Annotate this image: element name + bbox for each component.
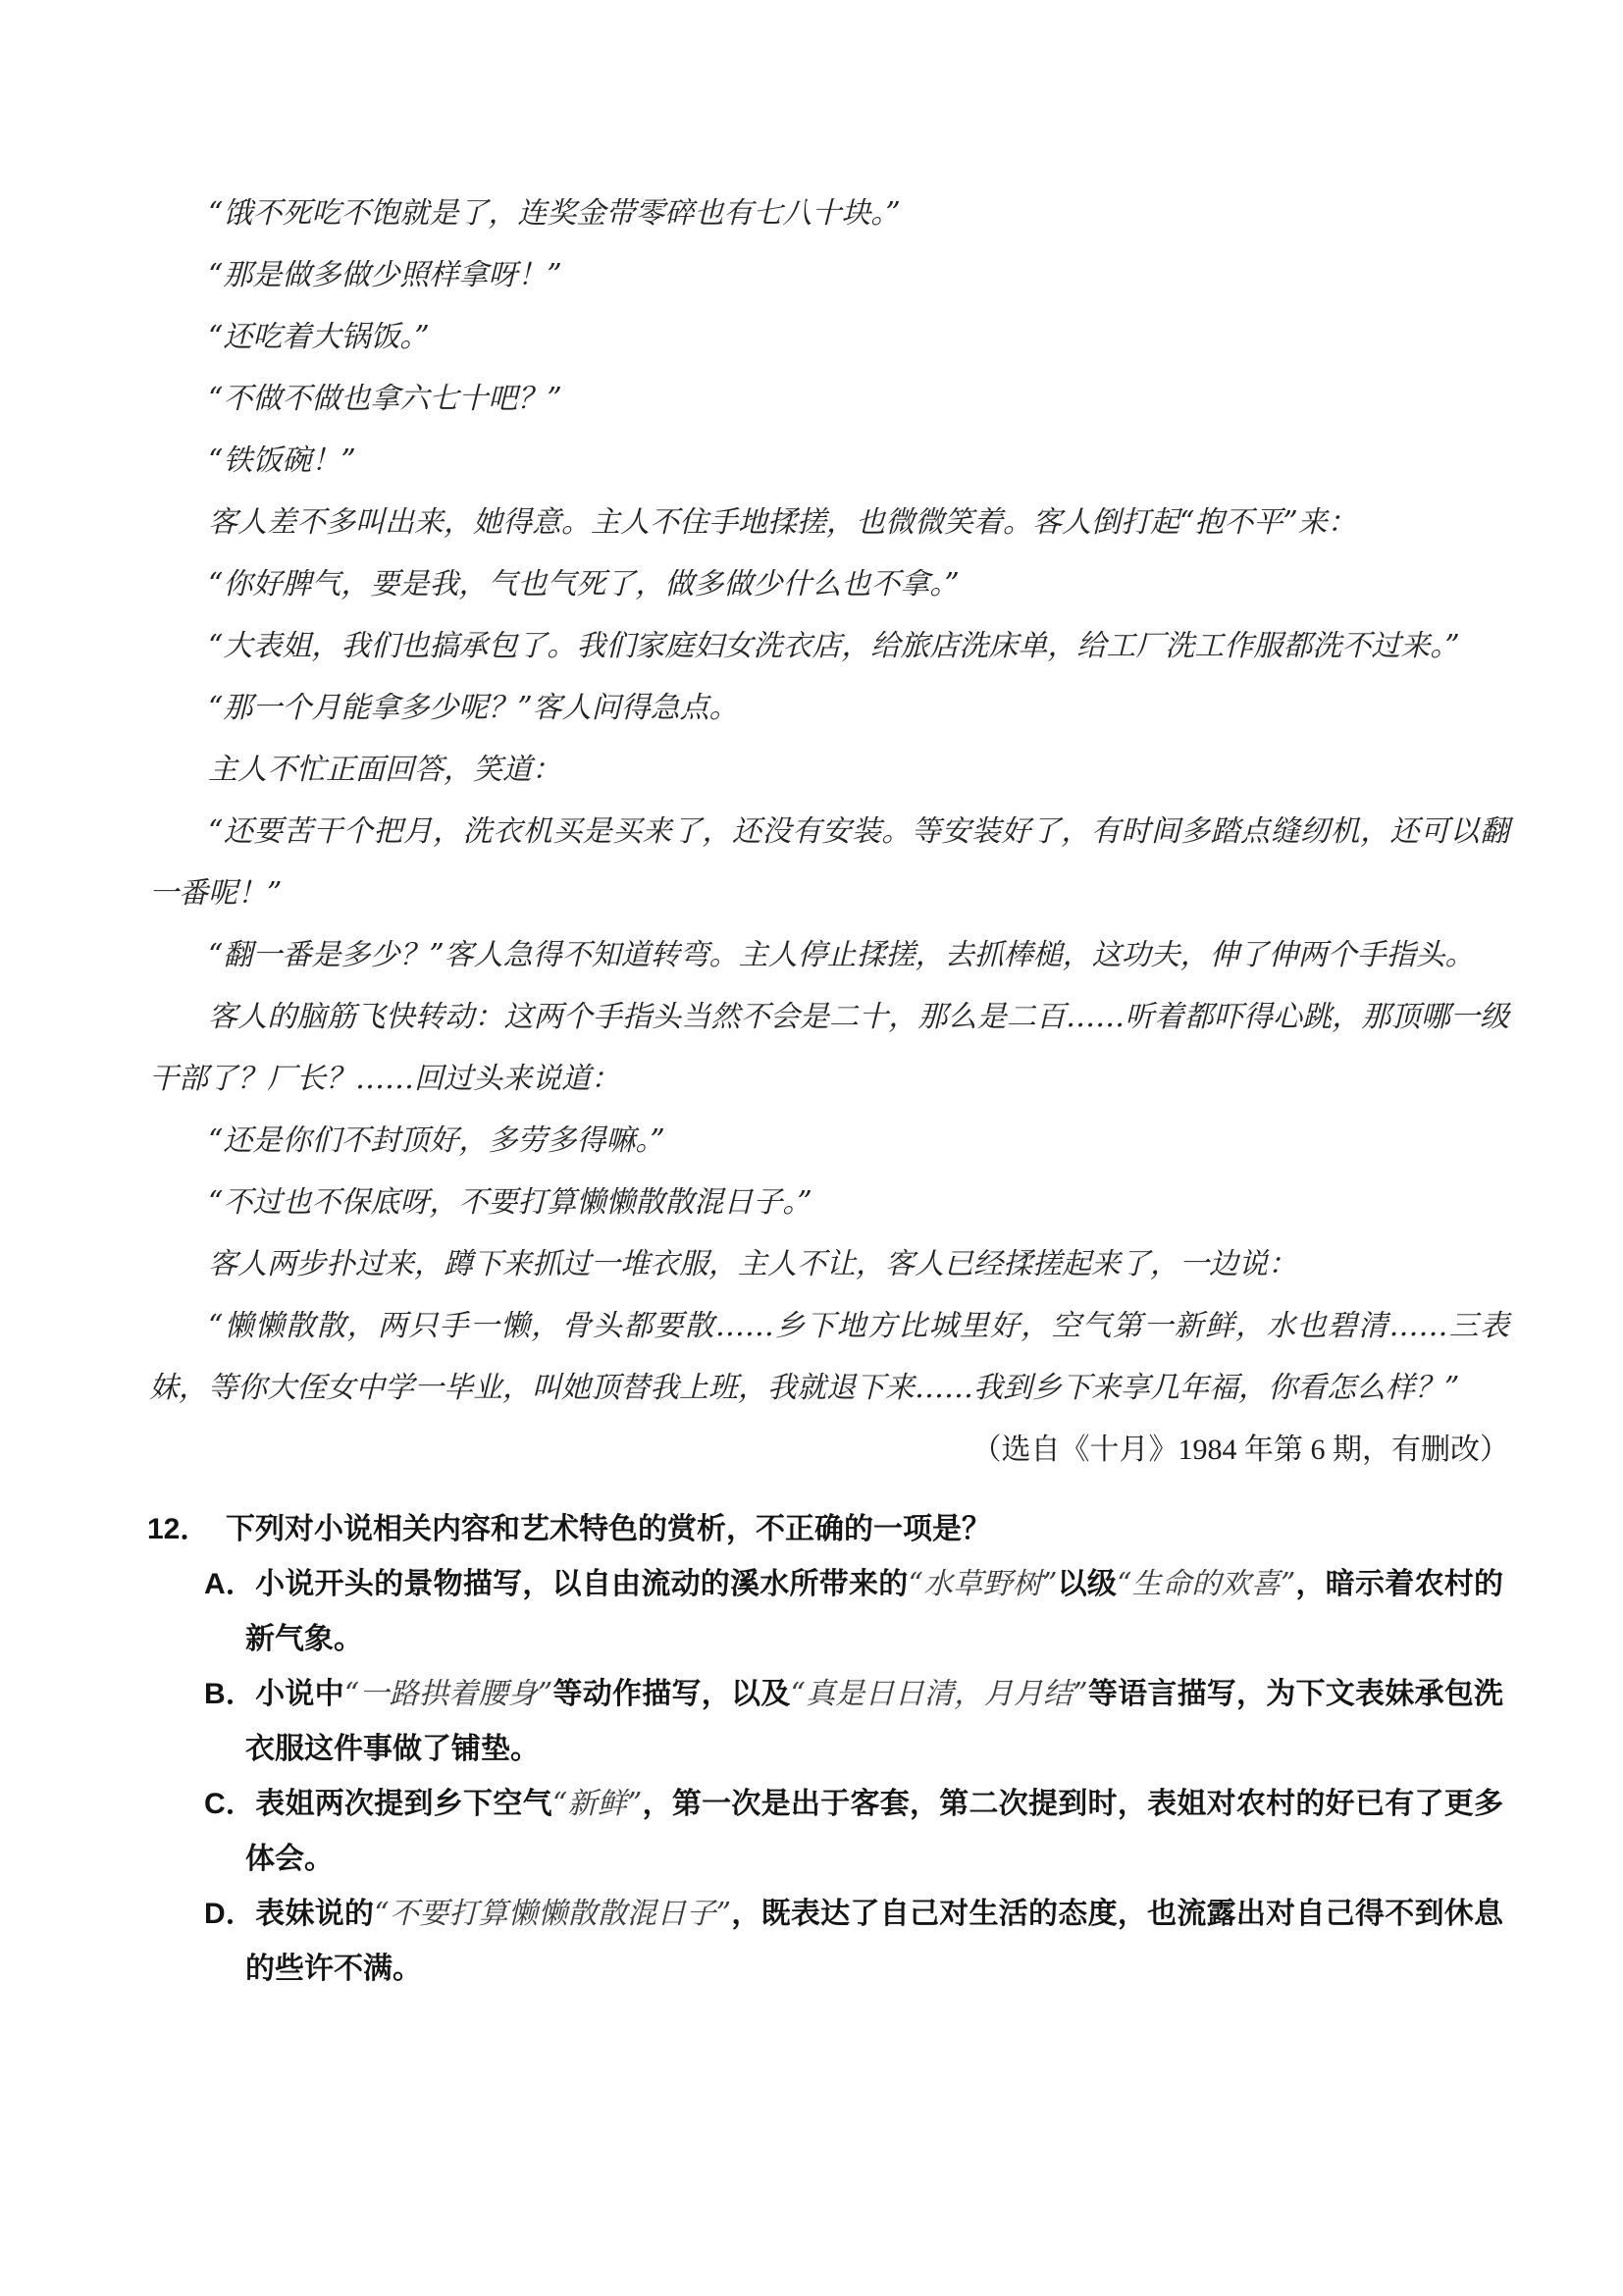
question-header: 12． 下列对小说相关内容和艺术特色的赏析，不正确的一项是？: [0, 1502, 1503, 1557]
passage-paragraph: “那是做多做少照样拿呀！”: [149, 244, 1509, 306]
passage-paragraph: “那一个月能拿多少呢？”客人问得急点。: [149, 677, 1509, 739]
question-12: 12． 下列对小说相关内容和艺术特色的赏析，不正确的一项是？ A．小说开头的景物…: [0, 1502, 1623, 1997]
option-d: D．表妹说的“不要打算懒懒散散混日子”，既表达了自己对生活的态度，也流露出对自己…: [245, 1887, 1503, 1997]
passage-paragraph: 客人差不多叫出来，她得意。主人不住手地揉搓，也微微笑着。客人倒打起“抱不平”来：: [149, 492, 1509, 553]
passage-paragraph: “饿不死吃不饱就是了，连奖金带零碎也有七八十块。”: [149, 183, 1509, 244]
passage-paragraph: “大表姐，我们也搞承包了。我们家庭妇女洗衣店，给旅店洗床单，给工厂洗工作服都洗不…: [149, 615, 1509, 677]
document-page: “饿不死吃不饱就是了，连奖金带零碎也有七八十块。” “那是做多做少照样拿呀！” …: [0, 0, 1623, 2296]
option-a-text: 小说开头的景物描写，以自由流动的溪水所带来的“水草野树”以级“生命的欢喜”，暗示…: [245, 1568, 1503, 1655]
option-c: C．表姐两次提到乡下空气“新鲜”，第一次是出于客套，第二次提到时，表姐对农村的好…: [245, 1777, 1503, 1887]
option-b-label: B．: [204, 1678, 255, 1710]
passage-paragraph: “懒懒散散，两只手一懒，骨头都要散……乡下地方比城里好，空气第一新鲜，水也碧清……: [149, 1295, 1509, 1419]
option-d-label: D．: [204, 1898, 255, 1930]
option-b: B．小说中“一路拱着腰身”等动作描写，以及“真是日日清，月月结”等语言描写，为下…: [245, 1667, 1503, 1777]
option-a: A．小说开头的景物描写，以自由流动的溪水所带来的“水草野树”以级“生命的欢喜”，…: [245, 1557, 1503, 1667]
question-number: 12．: [147, 1502, 226, 1557]
passage-paragraph: “还吃着大锅饭。”: [149, 306, 1509, 368]
passage-paragraph: “铁饭碗！”: [149, 430, 1509, 492]
passage-paragraph: “翻一番是多少？”客人急得不知道转弯。主人停止揉搓，去抓棒槌，这功夫，伸了伸两个…: [149, 924, 1509, 986]
passage-paragraph: “不过也不保底呀，不要打算懒懒散散混日子。”: [149, 1172, 1509, 1233]
passage-paragraph: 主人不忙正面回答，笑道：: [149, 739, 1509, 801]
passage-attribution: （选自《十月》1984 年第 6 期，有删改）: [149, 1419, 1509, 1481]
passage-paragraph: “还要苦干个把月，洗衣机买是买来了，还没有安装。等安装好了，有时间多踏点缝纫机，…: [149, 801, 1509, 924]
question-text: 下列对小说相关内容和艺术特色的赏析，不正确的一项是？: [226, 1502, 1503, 1557]
option-b-text: 小说中“一路拱着腰身”等动作描写，以及“真是日日清，月月结”等语言描写，为下文表…: [245, 1678, 1503, 1765]
passage-paragraph: 客人的脑筋飞快转动：这两个手指头当然不会是二十，那么是二百……听着都吓得心跳，那…: [149, 986, 1509, 1110]
passage-paragraph: 客人两步扑过来，蹲下来抓过一堆衣服，主人不让，客人已经揉搓起来了，一边说：: [149, 1233, 1509, 1295]
passage-paragraph: “你好脾气，要是我，气也气死了，做多做少什么也不拿。”: [149, 553, 1509, 615]
option-d-text: 表妹说的“不要打算懒懒散散混日子”，既表达了自己对生活的态度，也流露出对自己得不…: [245, 1898, 1503, 1985]
story-passage: “饿不死吃不饱就是了，连奖金带零碎也有七八十块。” “那是做多做少照样拿呀！” …: [0, 0, 1623, 1481]
passage-paragraph: “还是你们不封顶好，多劳多得嘛。”: [149, 1110, 1509, 1172]
option-c-label: C．: [204, 1788, 255, 1820]
option-a-label: A．: [204, 1568, 255, 1600]
option-c-text: 表姐两次提到乡下空气“新鲜”，第一次是出于客套，第二次提到时，表姐对农村的好已有…: [245, 1788, 1503, 1875]
passage-paragraph: “不做不做也拿六七十吧？”: [149, 368, 1509, 430]
